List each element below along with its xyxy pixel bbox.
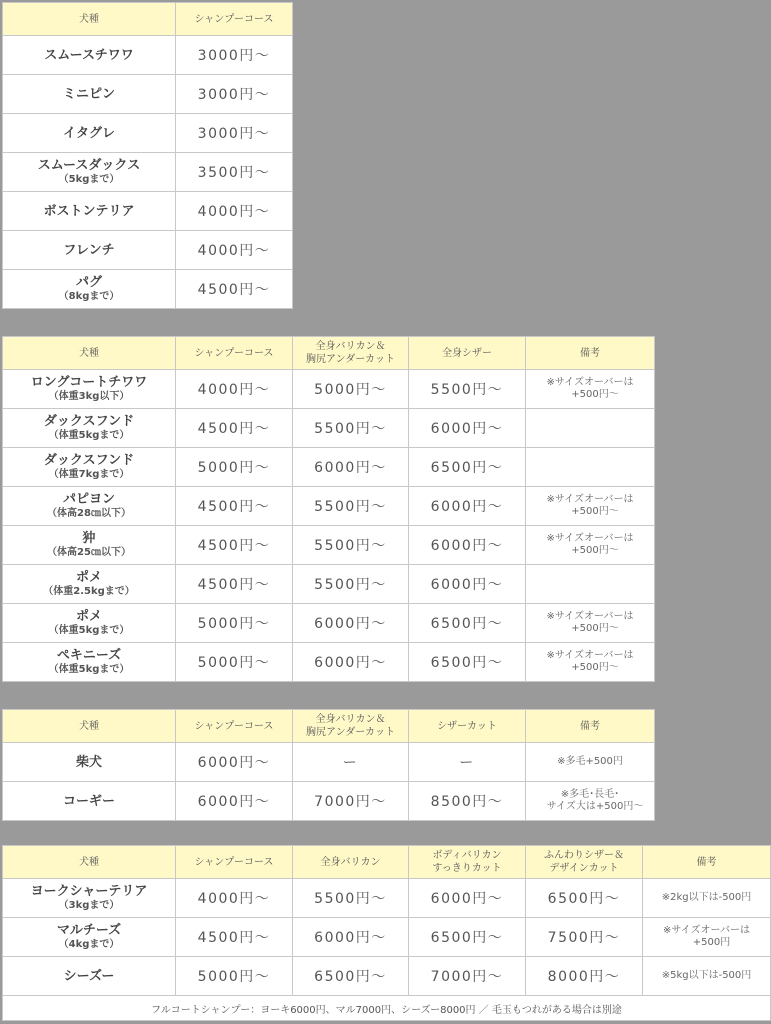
table-row: シーズー 5000円～ 6500円～ 7000円～ 8000円～ ※5kg以下は… xyxy=(3,957,771,996)
note-cell: ※5kg以下は-500円 xyxy=(643,957,771,996)
header-shampoo: シャンプーコース xyxy=(176,337,293,370)
header-clipper-undercut: 全身バリカン＆ 胸尻アンダーカット xyxy=(293,710,409,743)
table-header-row: 犬種 シャンプーコース 全身バリカン＆ 胸尻アンダーカット シザーカット 備考 xyxy=(3,710,655,743)
breed-name: ペキニーズ xyxy=(57,648,121,663)
price-cell: 6500円～ xyxy=(409,918,526,957)
note-cell: ※サイズオーバーは +500円～ xyxy=(526,643,655,682)
breed-name: 狆 xyxy=(82,531,95,546)
price-cell: 6000円～ xyxy=(176,782,293,821)
header-clipper-undercut: 全身バリカン＆ 胸尻アンダーカット xyxy=(293,337,409,370)
price-cell: ー xyxy=(293,743,409,782)
price-cell: 5000円～ xyxy=(176,604,293,643)
header-notes: 備考 xyxy=(526,710,655,743)
table-row: 柴犬 6000円～ ー ー ※多毛+500円 xyxy=(3,743,655,782)
breed-cell: コーギー xyxy=(3,782,176,821)
table-row: ヨークシャーテリア（3kgまで） 4000円～ 5500円～ 6000円～ 65… xyxy=(3,879,771,918)
breed-name: ダックスフンド xyxy=(44,453,134,468)
price-cell: 3000円～ xyxy=(176,75,293,114)
table-footer-row: フルコートシャンプー：ヨーキ6000円、マル7000円、シーズー8000円 ／ … xyxy=(3,996,771,1021)
breed-name: ヨークシャーテリア xyxy=(31,884,148,899)
breed-weight-note: （体重5kgまで） xyxy=(3,624,175,637)
price-cell: 4500円～ xyxy=(176,487,293,526)
price-cell: 6000円～ xyxy=(293,643,409,682)
price-cell: 4500円～ xyxy=(176,565,293,604)
table-row: イタグレ 3000円～ xyxy=(3,114,293,153)
price-cell: 4500円～ xyxy=(176,918,293,957)
breed-weight-note: （体重2.5kgまで） xyxy=(3,585,175,598)
breed-weight-note: （体重5kgまで） xyxy=(3,429,175,442)
breed-cell: パピヨン（体高28㎝以下） xyxy=(3,487,176,526)
breed-cell: 狆（体高25㎝以下） xyxy=(3,526,176,565)
table-header-row: 犬種 シャンプーコース xyxy=(3,3,293,36)
table-row: ミニピン 3000円～ xyxy=(3,75,293,114)
table-row: パピヨン（体高28㎝以下） 4500円～ 5500円～ 6000円～ ※サイズオ… xyxy=(3,487,655,526)
breed-name: ロングコートチワワ xyxy=(31,375,147,390)
price-cell: 5000円～ xyxy=(176,448,293,487)
note-cell: ※サイズオーバーは +500円～ xyxy=(526,604,655,643)
breed-weight-note: （3kgまで） xyxy=(3,899,175,912)
footer-note: フルコートシャンプー：ヨーキ6000円、マル7000円、シーズー8000円 ／ … xyxy=(3,996,771,1021)
breed-weight-note: （体重5kgまで） xyxy=(3,663,175,676)
price-cell: 4500円～ xyxy=(176,526,293,565)
price-cell: 4000円～ xyxy=(176,879,293,918)
price-cell: 6500円～ xyxy=(293,957,409,996)
price-table-long-coat-small: 犬種 シャンプーコース 全身バリカン＆ 胸尻アンダーカット 全身シザー 備考 ロ… xyxy=(2,336,655,682)
breed-cell: ダックスフンド（体重7kgまで） xyxy=(3,448,176,487)
price-cell: 8000円～ xyxy=(526,957,643,996)
table-row: コーギー 6000円～ 7000円～ 8500円～ ※多毛･長毛･ サイズ大は+… xyxy=(3,782,655,821)
header-breed: 犬種 xyxy=(3,337,176,370)
breed-weight-note: （4kgまで） xyxy=(3,938,175,951)
price-cell: 4000円～ xyxy=(176,370,293,409)
price-cell: 4000円～ xyxy=(176,192,293,231)
note-cell: ※多毛+500円 xyxy=(526,743,655,782)
breed-name: スムースチワワ xyxy=(44,48,133,63)
price-cell: 8500円～ xyxy=(409,782,526,821)
breed-name: パピヨン xyxy=(63,492,115,507)
price-cell: 6500円～ xyxy=(409,448,526,487)
price-cell: 5000円～ xyxy=(293,370,409,409)
header-scissor-design: ふんわりシザー＆ デザインカット xyxy=(526,846,643,879)
table-row: ロングコートチワワ（体重3kg以下） 4000円～ 5000円～ 5500円～ … xyxy=(3,370,655,409)
breed-weight-note: （5kgまで） xyxy=(3,173,175,186)
header-notes: 備考 xyxy=(643,846,771,879)
note-cell: ※サイズオーバーは +500円～ xyxy=(526,526,655,565)
price-cell: 5500円～ xyxy=(293,487,409,526)
price-table-short-coat: 犬種 シャンプーコース スムースチワワ 3000円～ ミニピン 3000円～ イ… xyxy=(2,2,293,309)
breed-cell: ポメ（体重5kgまで） xyxy=(3,604,176,643)
breed-name: ダックスフンド xyxy=(44,414,134,429)
breed-name: ボストンテリア xyxy=(43,204,134,219)
header-body-clipper: ボディバリカン すっきりカット xyxy=(409,846,526,879)
price-cell: 6000円～ xyxy=(409,879,526,918)
price-cell: 5500円～ xyxy=(293,565,409,604)
header-full-scissor: 全身シザー xyxy=(409,337,526,370)
price-cell: 7500円～ xyxy=(526,918,643,957)
breed-cell: スムースチワワ xyxy=(3,36,176,75)
breed-cell: シーズー xyxy=(3,957,176,996)
breed-cell: ボストンテリア xyxy=(3,192,176,231)
table-row: フレンチ 4000円～ xyxy=(3,231,293,270)
breed-name: スムースダックス xyxy=(38,158,141,173)
price-cell: 6000円～ xyxy=(293,448,409,487)
breed-weight-note: （8kgまで） xyxy=(3,290,175,303)
breed-name: マルチーズ xyxy=(57,923,121,938)
price-cell: 6500円～ xyxy=(409,643,526,682)
price-cell: 5000円～ xyxy=(176,643,293,682)
breed-name: ポメ xyxy=(76,609,102,624)
table-row: ボストンテリア 4000円～ xyxy=(3,192,293,231)
breed-cell: ロングコートチワワ（体重3kg以下） xyxy=(3,370,176,409)
price-cell: 5500円～ xyxy=(293,526,409,565)
breed-weight-note: （体重7kgまで） xyxy=(3,468,175,481)
breed-height-note: （体高28㎝以下） xyxy=(3,507,175,520)
breed-cell: ペキニーズ（体重5kgまで） xyxy=(3,643,176,682)
price-table-yorkie-maltese-shihtzu: 犬種 シャンプーコース 全身バリカン ボディバリカン すっきりカット ふんわりシ… xyxy=(2,845,771,1021)
price-cell: 3000円～ xyxy=(176,114,293,153)
breed-cell: ミニピン xyxy=(3,75,176,114)
note-cell: ※多毛･長毛･ サイズ大は+500円～ xyxy=(526,782,655,821)
breed-name: パグ xyxy=(76,275,102,290)
table-row: ペキニーズ（体重5kgまで） 5000円～ 6000円～ 6500円～ ※サイズ… xyxy=(3,643,655,682)
price-cell: 4500円～ xyxy=(176,270,293,309)
note-cell xyxy=(526,409,655,448)
header-breed: 犬種 xyxy=(3,846,176,879)
table-row: ダックスフンド（体重7kgまで） 5000円～ 6000円～ 6500円～ xyxy=(3,448,655,487)
note-cell: ※サイズオーバーは +500円～ xyxy=(526,487,655,526)
breed-name: イタグレ xyxy=(63,126,115,141)
breed-name: コーギー xyxy=(63,794,115,809)
breed-name: ポメ xyxy=(76,570,102,585)
price-cell: 5000円～ xyxy=(176,957,293,996)
price-cell: 5500円～ xyxy=(409,370,526,409)
price-cell: 3000円～ xyxy=(176,36,293,75)
breed-weight-note: （体重3kg以下） xyxy=(3,390,175,403)
breed-name: シーズー xyxy=(64,969,115,984)
table-row: ポメ（体重2.5kgまで） 4500円～ 5500円～ 6000円～ xyxy=(3,565,655,604)
breed-cell: ポメ（体重2.5kgまで） xyxy=(3,565,176,604)
price-cell: 6000円～ xyxy=(409,526,526,565)
header-full-clipper: 全身バリカン xyxy=(293,846,409,879)
header-shampoo: シャンプーコース xyxy=(176,710,293,743)
breed-cell: フレンチ xyxy=(3,231,176,270)
header-shampoo: シャンプーコース xyxy=(176,3,293,36)
price-cell: 6000円～ xyxy=(409,409,526,448)
price-cell: 6500円～ xyxy=(409,604,526,643)
breed-cell: ヨークシャーテリア（3kgまで） xyxy=(3,879,176,918)
breed-cell: マルチーズ（4kgまで） xyxy=(3,918,176,957)
price-cell: 6000円～ xyxy=(409,487,526,526)
breed-name: ミニピン xyxy=(63,87,115,102)
breed-cell: スムースダックス（5kgまで） xyxy=(3,153,176,192)
table-row: スムースダックス（5kgまで） 3500円～ xyxy=(3,153,293,192)
price-cell: 6000円～ xyxy=(293,604,409,643)
price-table-medium-dogs: 犬種 シャンプーコース 全身バリカン＆ 胸尻アンダーカット シザーカット 備考 … xyxy=(2,709,655,821)
breed-cell: パグ（8kgまで） xyxy=(3,270,176,309)
table-row: スムースチワワ 3000円～ xyxy=(3,36,293,75)
breed-name: 柴犬 xyxy=(76,755,102,770)
table-row: パグ（8kgまで） 4500円～ xyxy=(3,270,293,309)
table-row: マルチーズ（4kgまで） 4500円～ 6000円～ 6500円～ 7500円～… xyxy=(3,918,771,957)
price-cell: 7000円～ xyxy=(293,782,409,821)
breed-name: フレンチ xyxy=(63,243,114,258)
header-breed: 犬種 xyxy=(3,710,176,743)
note-cell xyxy=(526,565,655,604)
price-cell: 4000円～ xyxy=(176,231,293,270)
price-cell: 5500円～ xyxy=(293,879,409,918)
note-cell: ※サイズオーバーは +500円 xyxy=(643,918,771,957)
price-cell: 4500円～ xyxy=(176,409,293,448)
table-row: 狆（体高25㎝以下） 4500円～ 5500円～ 6000円～ ※サイズオーバー… xyxy=(3,526,655,565)
header-shampoo: シャンプーコース xyxy=(176,846,293,879)
price-cell: 6500円～ xyxy=(526,879,643,918)
table-header-row: 犬種 シャンプーコース 全身バリカン ボディバリカン すっきりカット ふんわりシ… xyxy=(3,846,771,879)
price-cell: 3500円～ xyxy=(176,153,293,192)
breed-cell: イタグレ xyxy=(3,114,176,153)
header-breed: 犬種 xyxy=(3,3,176,36)
table-header-row: 犬種 シャンプーコース 全身バリカン＆ 胸尻アンダーカット 全身シザー 備考 xyxy=(3,337,655,370)
price-cell: 6000円～ xyxy=(409,565,526,604)
price-cell: 6000円～ xyxy=(176,743,293,782)
header-notes: 備考 xyxy=(526,337,655,370)
table-row: ポメ（体重5kgまで） 5000円～ 6000円～ 6500円～ ※サイズオーバ… xyxy=(3,604,655,643)
breed-cell: ダックスフンド（体重5kgまで） xyxy=(3,409,176,448)
header-scissor-cut: シザーカット xyxy=(409,710,526,743)
price-cell: 7000円～ xyxy=(409,957,526,996)
note-cell xyxy=(526,448,655,487)
breed-cell: 柴犬 xyxy=(3,743,176,782)
breed-height-note: （体高25㎝以下） xyxy=(3,546,175,559)
note-cell: ※2kg以下は-500円 xyxy=(643,879,771,918)
price-cell: 5500円～ xyxy=(293,409,409,448)
table-row: ダックスフンド（体重5kgまで） 4500円～ 5500円～ 6000円～ xyxy=(3,409,655,448)
price-cell: 6000円～ xyxy=(293,918,409,957)
price-cell: ー xyxy=(409,743,526,782)
note-cell: ※サイズオーバーは +500円～ xyxy=(526,370,655,409)
